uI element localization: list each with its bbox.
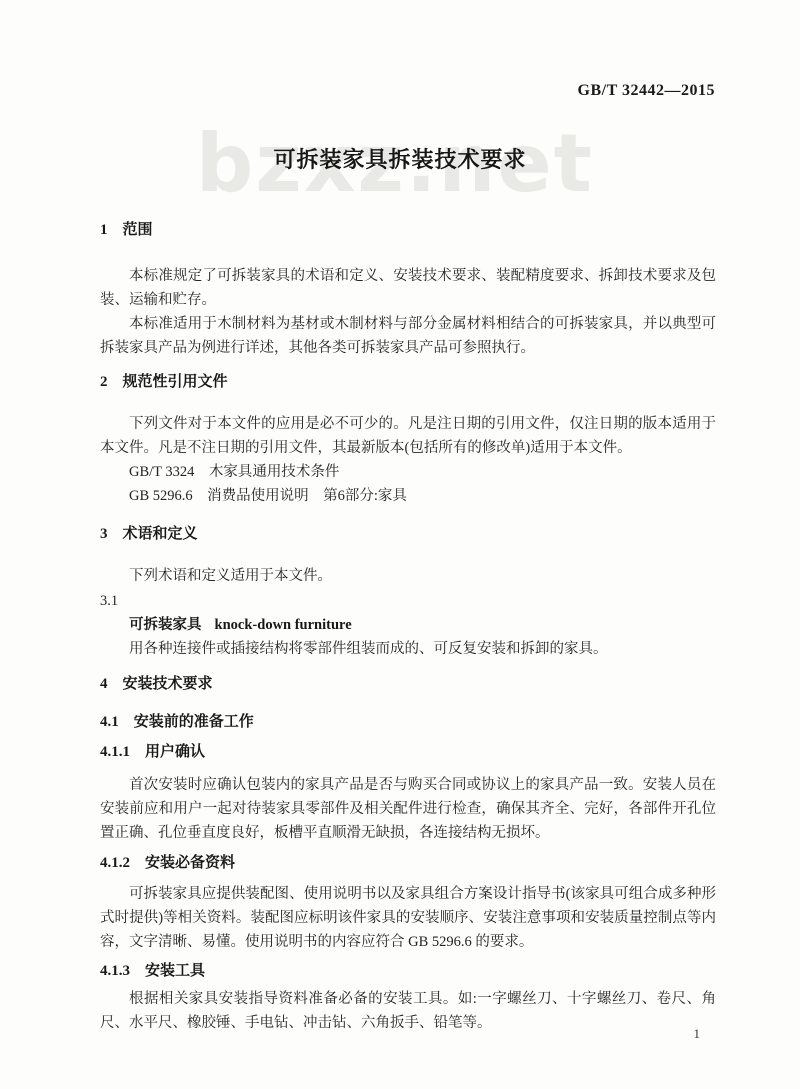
section-4-1-1-paragraph: 首次安装时应确认包装内的家具产品是否与购买合同或协议上的家具产品一致。安装人员在… bbox=[100, 773, 716, 845]
section-2-number: 2 bbox=[100, 374, 108, 390]
term-entry: 可拆装家具knock-down furniture bbox=[100, 613, 716, 637]
section-1-title: 范围 bbox=[123, 222, 153, 238]
section-4-1-2-paragraph: 可拆装家具应提供装配图、使用说明书以及家具组合方案设计指导书(该家具可组合成多种… bbox=[100, 882, 716, 954]
section-1-paragraph-2: 本标准适用于木制材料为基材或木制材料与部分金属材料相结合的可拆装家具，并以典型可… bbox=[100, 312, 716, 360]
section-1-number: 1 bbox=[100, 222, 108, 238]
normative-reference-1: GB/T 3324 木家具通用技术条件 bbox=[100, 460, 716, 484]
section-4-1-2-heading: 4.1.2安装必备资料 bbox=[100, 853, 716, 873]
section-4-1-3-heading: 4.1.3安装工具 bbox=[100, 961, 716, 981]
section-4-title: 安装技术要求 bbox=[123, 676, 213, 692]
section-4-1-3-paragraph: 根据相关家具安装指导资料准备必备的安装工具。如:一字螺丝刀、十字螺丝刀、卷尺、角… bbox=[100, 987, 716, 1035]
section-2-title: 规范性引用文件 bbox=[123, 374, 228, 390]
section-4-1-3-number: 4.1.3 bbox=[100, 963, 130, 979]
section-3-title: 术语和定义 bbox=[123, 526, 198, 542]
document-title: 可拆装家具拆装技术要求 bbox=[0, 144, 800, 176]
term-name-en: knock-down furniture bbox=[215, 617, 352, 633]
section-4-number: 4 bbox=[100, 676, 108, 692]
section-4-1-1-number: 4.1.1 bbox=[100, 744, 130, 760]
section-4-1-3-title: 安装工具 bbox=[145, 963, 205, 979]
section-3-intro: 下列术语和定义适用于本文件。 bbox=[100, 564, 716, 588]
section-2-paragraph-1: 下列文件对于本文件的应用是必不可少的。凡是注日期的引用文件，仅注日期的版本适用于… bbox=[100, 412, 716, 460]
section-4-heading: 4安装技术要求 bbox=[100, 674, 716, 694]
normative-reference-2: GB 5296.6 消费品使用说明 第6部分:家具 bbox=[100, 484, 716, 508]
section-3-number: 3 bbox=[100, 526, 108, 542]
section-4-1-number: 4.1 bbox=[100, 714, 119, 730]
section-1-paragraph-1: 本标准规定了可拆装家具的术语和定义、安装技术要求、装配精度要求、拆卸技术要求及包… bbox=[100, 264, 716, 312]
term-definition: 用各种连接件或插接结构将零部件组装而成的、可反复安装和拆卸的家具。 bbox=[100, 637, 716, 661]
section-1-heading: 1范围 bbox=[100, 220, 716, 240]
section-4-1-2-title: 安装必备资料 bbox=[145, 855, 235, 871]
section-4-1-1-title: 用户确认 bbox=[145, 744, 205, 760]
section-4-1-2-number: 4.1.2 bbox=[100, 855, 130, 871]
document-page: GB/T 32442—2015 bzxz.net 可拆装家具拆装技术要求 1范围… bbox=[0, 0, 800, 1089]
section-3-heading: 3术语和定义 bbox=[100, 524, 716, 544]
section-4-1-heading: 4.1安装前的准备工作 bbox=[100, 712, 716, 732]
document-body: 1范围 本标准规定了可拆装家具的术语和定义、安装技术要求、装配精度要求、拆卸技术… bbox=[100, 220, 716, 1035]
section-4-1-title: 安装前的准备工作 bbox=[134, 714, 254, 730]
section-2-heading: 2规范性引用文件 bbox=[100, 372, 716, 392]
term-name-cn: 可拆装家具 bbox=[129, 617, 202, 633]
term-clause-number: 3.1 bbox=[100, 589, 716, 613]
section-4-1-1-heading: 4.1.1用户确认 bbox=[100, 742, 716, 762]
standard-number: GB/T 32442—2015 bbox=[578, 82, 715, 100]
